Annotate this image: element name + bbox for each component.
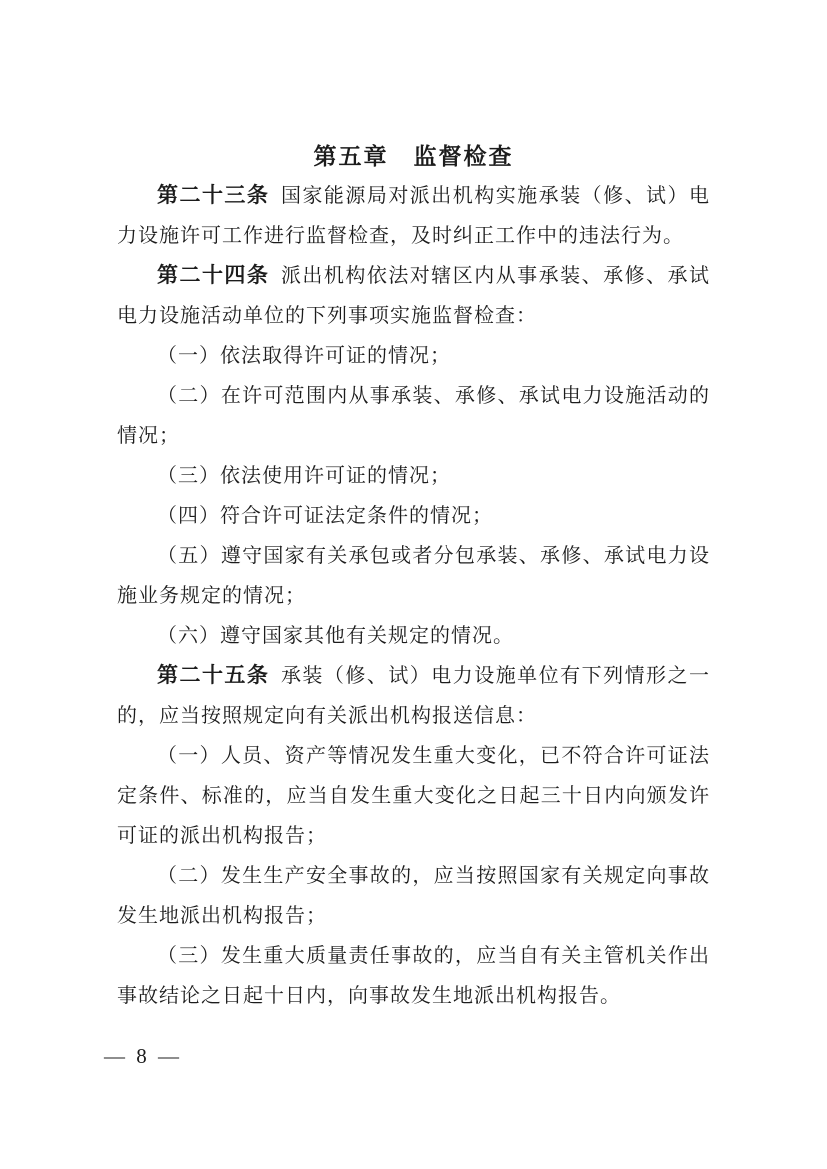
page-content: 第五章 监督检查 第二十三条国家能源局对派出机构实施承装（修、试）电力设施许可工…	[0, 0, 827, 1016]
list-item-text: （六）遵守国家其他有关规定的情况。	[157, 625, 514, 647]
list-item-text: （二）在许可范围内从事承装、承修、承试电力设施活动的情况；	[117, 385, 710, 447]
list-item-paragraph: （三）发生重大质量责任事故的，应当自有关主管机关作出事故结论之日起十日内，向事故…	[117, 936, 710, 1016]
article-number: 第二十五条	[157, 664, 269, 687]
list-item-paragraph: （一）人员、资产等情况发生重大变化，已不符合许可证法定条件、标准的，应当自发生重…	[117, 736, 710, 856]
list-item-text: （一）人员、资产等情况发生重大变化，已不符合许可证法定条件、标准的，应当自发生重…	[117, 745, 710, 847]
article-paragraph: 第二十三条国家能源局对派出机构实施承装（修、试）电力设施许可工作进行监督检查，及…	[117, 176, 710, 256]
list-item-paragraph: （三）依法使用许可证的情况；	[117, 456, 710, 496]
article-paragraph: 第二十五条承装（修、试）电力设施单位有下列情形之一的，应当按照规定向有关派出机构…	[117, 656, 710, 736]
list-item-text: （三）依法使用许可证的情况；	[157, 465, 451, 487]
list-item-text: （二）发生生产安全事故的，应当按照国家有关规定向事故发生地派出机构报告；	[117, 865, 710, 927]
list-item-paragraph: （五）遵守国家有关承包或者分包承装、承修、承试电力设施业务规定的情况；	[117, 536, 710, 616]
list-item-paragraph: （六）遵守国家其他有关规定的情况。	[117, 616, 710, 656]
chapter-title: 第五章 监督检查	[117, 136, 710, 176]
list-item-text: （一）依法取得许可证的情况；	[157, 345, 451, 367]
article-number: 第二十三条	[157, 184, 269, 207]
list-item-text: （三）发生重大质量责任事故的，应当自有关主管机关作出事故结论之日起十日内，向事故…	[117, 945, 710, 1007]
article-paragraph: 第二十四条派出机构依法对辖区内从事承装、承修、承试电力设施活动单位的下列事项实施…	[117, 256, 710, 336]
list-item-text: （四）符合许可证法定条件的情况；	[157, 505, 493, 527]
list-item-paragraph: （一）依法取得许可证的情况；	[117, 336, 710, 376]
list-item-paragraph: （二）在许可范围内从事承装、承修、承试电力设施活动的情况；	[117, 376, 710, 456]
list-item-text: （五）遵守国家有关承包或者分包承装、承修、承试电力设施业务规定的情况；	[117, 545, 710, 607]
document-page: 第五章 监督检查 第二十三条国家能源局对派出机构实施承装（修、试）电力设施许可工…	[0, 0, 827, 1169]
page-number: — 8 —	[104, 1042, 182, 1070]
article-number: 第二十四条	[157, 264, 269, 287]
list-item-paragraph: （二）发生生产安全事故的，应当按照国家有关规定向事故发生地派出机构报告；	[117, 856, 710, 936]
list-item-paragraph: （四）符合许可证法定条件的情况；	[117, 496, 710, 536]
